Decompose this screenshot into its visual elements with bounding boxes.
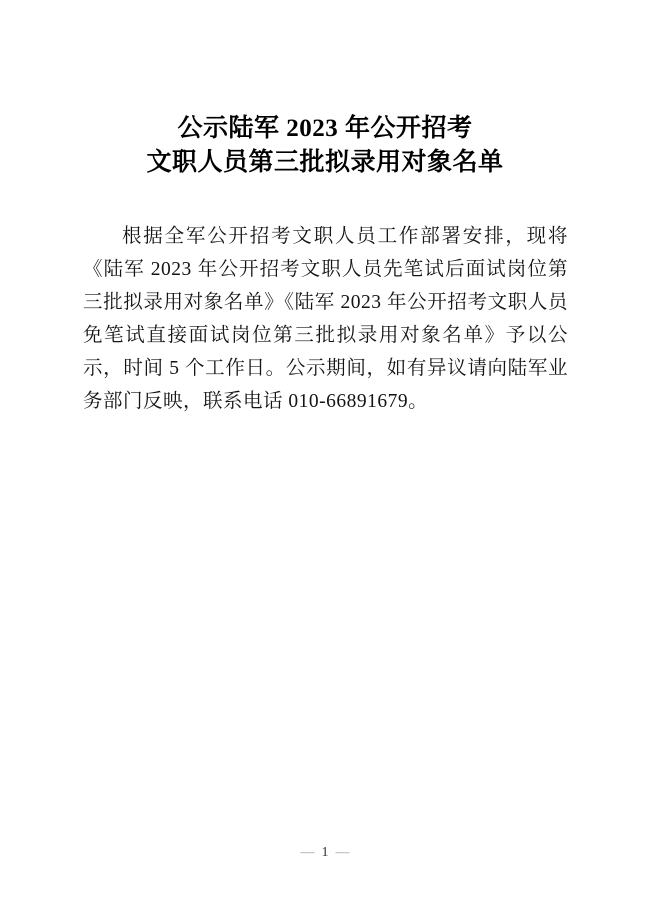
footer-dash-left: — [301, 845, 315, 860]
footer-dash-right: — [336, 845, 350, 860]
document-title-line-2: 文职人员第三批拟录用对象名单 [0, 146, 650, 180]
document-body-paragraph: 根据全军公开招考文职人员工作部署安排，现将《陆军 2023 年公开招考文职人员先… [83, 220, 568, 418]
page-number: 1 [315, 845, 336, 860]
document-title: 公示陆军 2023 年公开招考 文职人员第三批拟录用对象名单 [0, 0, 650, 180]
document-title-line-1: 公示陆军 2023 年公开招考 [0, 112, 650, 146]
document-page: 公示陆军 2023 年公开招考 文职人员第三批拟录用对象名单 根据全军公开招考文… [0, 0, 650, 919]
page-footer: —1— [0, 845, 650, 861]
